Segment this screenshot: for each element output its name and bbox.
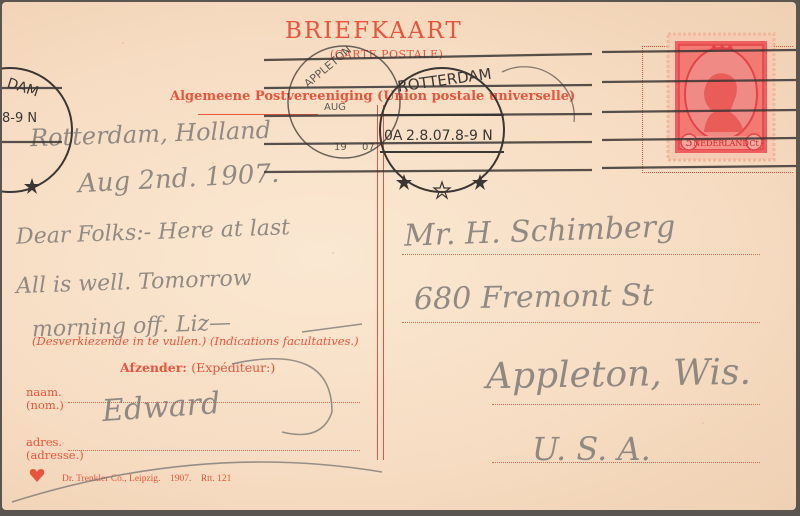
signature-flourish	[12, 324, 382, 502]
rotterdam-prefix: 0A	[384, 128, 403, 144]
appleton-month: AUG	[324, 102, 346, 113]
appleton-year: 07	[362, 142, 375, 153]
appleton-city: APPLETON	[302, 43, 354, 90]
postmark-overlay: APPLETON AUG 19 07 ROTTERDAM 0A 2.8.07.8…	[2, 2, 796, 510]
postmark-stars-icon	[396, 174, 488, 198]
partial-city: DAM	[5, 75, 41, 100]
rotterdam-date: 2.8.07.8-9 N	[406, 128, 493, 144]
rotterdam-city: ROTTERDAM	[396, 65, 492, 96]
partial-time: 8-9 N	[2, 111, 37, 126]
postcard: BRIEFKAART (CARTE POSTALE) Algemeene Pos…	[2, 2, 796, 510]
appleton-day: 19	[334, 142, 347, 153]
